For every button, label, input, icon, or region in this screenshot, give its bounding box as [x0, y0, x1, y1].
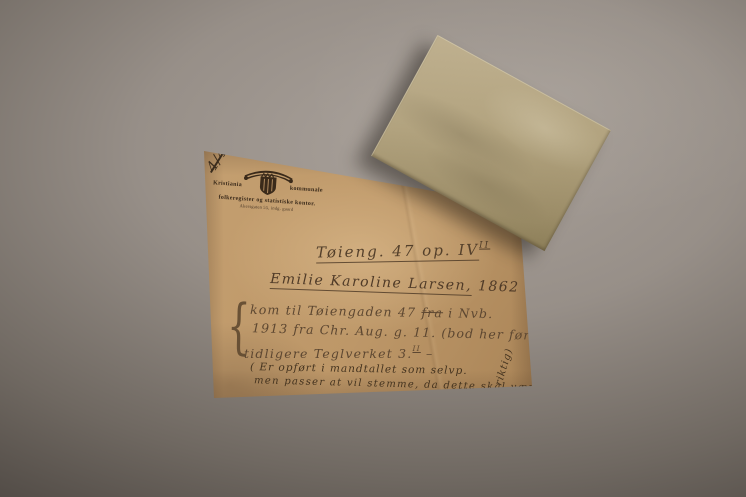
handwriting-address-text: Tøieng. 47 op. IV — [316, 241, 479, 264]
handwriting-note-1-pre: kom til Tøiengaden 47 — [250, 302, 422, 320]
handwriting-note-3-dash: – — [421, 346, 434, 361]
handwriting-note-line-1: kom til Tøiengaden 47 fra i Nvb. — [250, 302, 494, 321]
handwriting-remark-line-1: ( Er opført i mandtallet som selvp. — [250, 361, 468, 377]
handwriting-note-3-text: tidligere Teglverket 3. — [244, 346, 412, 361]
handwriting-note-1-strikethrough: fra — [421, 305, 443, 320]
handwriting-address-superscript: II — [479, 240, 490, 250]
handwriting-name-line: Emilie Karoline Larsen, 1862 7/11, — [270, 271, 557, 297]
handwriting-birth-year: 1862 — [472, 278, 526, 296]
handwriting-note-line-2: 1913 fra Chr. Aug. g. 11. (bod her før) — [252, 320, 537, 342]
letterhead-name-left: Kristiania — [213, 180, 242, 188]
handwriting-note-1-post: i Nvb. — [443, 305, 494, 321]
photo-stage: 4/4 5 Kristiania kommunale folkeregister… — [0, 0, 746, 497]
letterhead: Kristiania kommunale folkeregister og st… — [208, 162, 327, 214]
handwriting-note-3-superscript: II — [412, 344, 420, 353]
handwriting-person-name: Emilie Karoline Larsen, — [270, 271, 473, 296]
handwriting-birth-date-fraction: 7/11, — [525, 280, 556, 291]
handwriting-note-line-3: tidligere Teglverket 3.II – — [244, 344, 433, 361]
handwriting-edge-note: riktig) — [493, 347, 515, 387]
letterhead-name-right: kommunale — [290, 186, 323, 194]
handwriting-address-line: Tøieng. 47 op. IVII — [316, 240, 491, 261]
